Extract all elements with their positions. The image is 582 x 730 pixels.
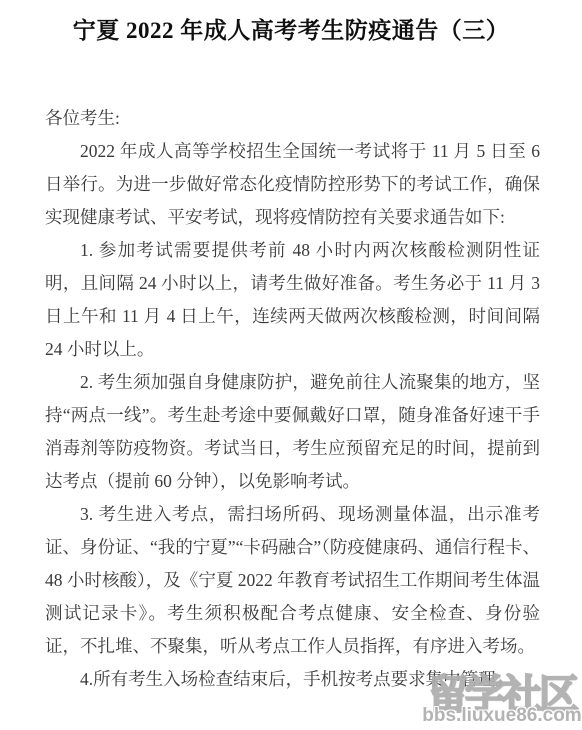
- salutation: 各位考生:: [45, 102, 540, 135]
- paragraph-item-1: 1. 参加考试需要提供考前 48 小时内两次核酸检测阴性证明，且间隔 24 小时…: [45, 234, 540, 366]
- paragraph-intro: 2022 年成人高等学校招生全国统一考试将于 11 月 5 日至 6 日举行。为…: [45, 135, 540, 234]
- watermark-site-url: bbs.liuxue86.com: [422, 707, 582, 724]
- document-body: 各位考生: 2022 年成人高等学校招生全国统一考试将于 11 月 5 日至 6…: [45, 102, 540, 696]
- document-title: 宁夏 2022 年成人高考考生防疫通告（三）: [30, 16, 552, 46]
- paragraph-item-4: 4.所有考生入场检查结束后，手机按考点要求集中管理。: [45, 663, 540, 696]
- paragraph-item-3: 3. 考生进入考点，需扫场所码、现场测量体温，出示准考证、身份证、“我的宁夏”“…: [45, 498, 540, 663]
- paragraph-item-2: 2. 考生须加强自身健康防护，避免前往人流聚集的地方，坚持“两点一线”。考生赴考…: [45, 366, 540, 498]
- document-page: 宁夏 2022 年成人高考考生防疫通告（三） 各位考生: 2022 年成人高等学…: [0, 0, 582, 730]
